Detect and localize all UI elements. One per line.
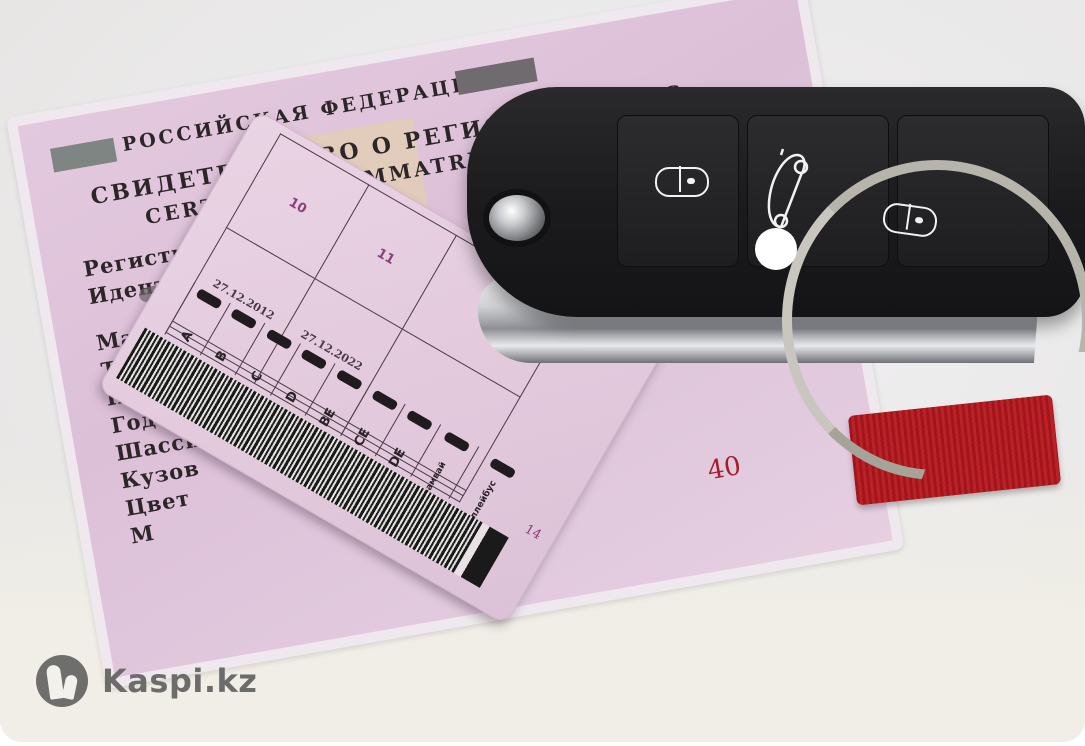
column-number: 11 [374,246,397,268]
category-label: DE [386,446,409,471]
car-trunk-icon [757,147,817,237]
kaspi-logo-icon [36,655,88,707]
lock-icon [655,167,709,197]
watermark-text: Kaspi.kz [102,662,257,700]
category-label: CE [352,426,374,449]
trolleybus-icon [488,457,516,479]
watermark: Kaspi.kz [36,655,257,707]
photo: РОССИЙСКАЯ ФЕДЕРАЦИЯ СВИДЕТЕЛЬСТВО О РЕГ… [0,0,1085,742]
category-label: B [213,349,231,365]
category-label: BE [316,406,338,430]
category-label: D [283,389,301,406]
flip-release-button [489,195,545,241]
column-number: 14 [522,522,544,543]
column-number: 10 [286,195,309,217]
field-label: М [128,520,156,549]
red-number: 40 [705,451,743,486]
emblem-block [50,138,117,173]
touch-indicator [755,228,797,270]
category-label: A [178,328,196,344]
category-label: C [248,369,266,385]
